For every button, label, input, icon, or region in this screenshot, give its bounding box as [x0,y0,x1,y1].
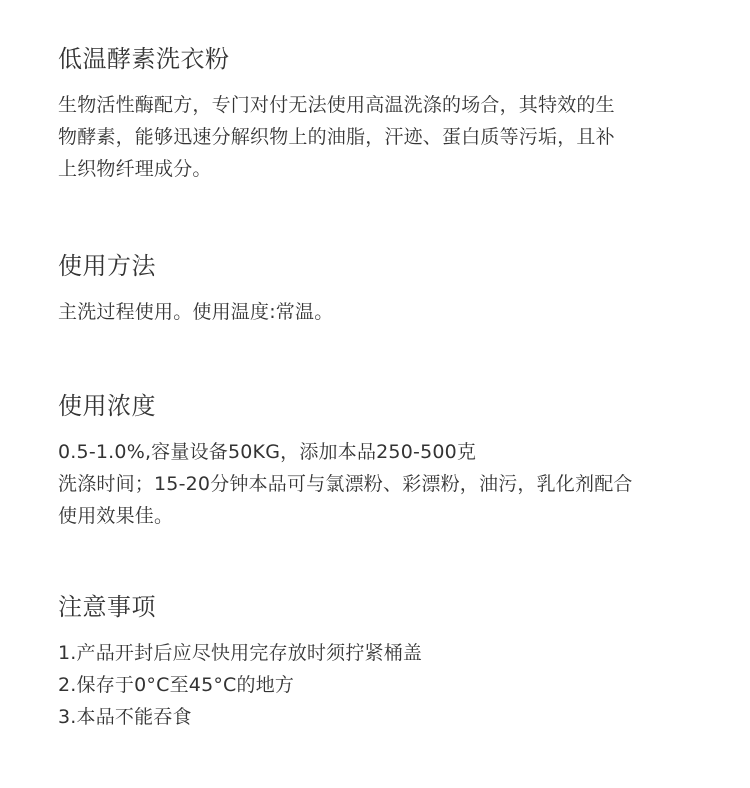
description-line: 上织物纤理成分。 [58,153,698,185]
concentration-line: 洗涤时间；15-20分钟本品可与氯漂粉、彩漂粉，油污，乳化剂配合 [58,468,698,500]
precautions-heading: 注意事项 [58,591,698,623]
concentration-line: 使用效果佳。 [58,500,698,532]
usage-concentration-heading: 使用浓度 [58,390,698,422]
product-title: 低温酵素洗衣粉 [58,43,698,75]
section-usage-method: 使用方法 主洗过程使用。使用温度:常温。 [58,250,698,328]
precaution-item: 2.保存于0°C至45°C的地方 [58,669,698,701]
usage-method-heading: 使用方法 [58,250,698,282]
description-line: 生物活性酶配方，专门对付无法使用高温洗涤的场合，其特效的生 [58,89,698,121]
section-product-description: 低温酵素洗衣粉 生物活性酶配方，专门对付无法使用高温洗涤的场合，其特效的生 物酵… [58,43,698,185]
product-description: 生物活性酶配方，专门对付无法使用高温洗涤的场合，其特效的生 物酵素，能够迅速分解… [58,89,698,185]
section-precautions: 注意事项 1.产品开封后应尽快用完存放时须拧紧桶盖 2.保存于0°C至45°C的… [58,591,698,733]
usage-method-text: 主洗过程使用。使用温度:常温。 [58,296,698,328]
usage-concentration-text: 0.5-1.0%,容量设备50KG，添加本品250-500克 洗涤时间；15-2… [58,436,698,532]
precaution-item: 1.产品开封后应尽快用完存放时须拧紧桶盖 [58,637,698,669]
concentration-line: 0.5-1.0%,容量设备50KG，添加本品250-500克 [58,436,698,468]
usage-method-line: 主洗过程使用。使用温度:常温。 [58,296,698,328]
description-line: 物酵素，能够迅速分解织物上的油脂，汗迹、蛋白质等污垢，且补 [58,121,698,153]
precaution-item: 3.本品不能吞食 [58,701,698,733]
precautions-list: 1.产品开封后应尽快用完存放时须拧紧桶盖 2.保存于0°C至45°C的地方 3.… [58,637,698,733]
section-usage-concentration: 使用浓度 0.5-1.0%,容量设备50KG，添加本品250-500克 洗涤时间… [58,390,698,532]
